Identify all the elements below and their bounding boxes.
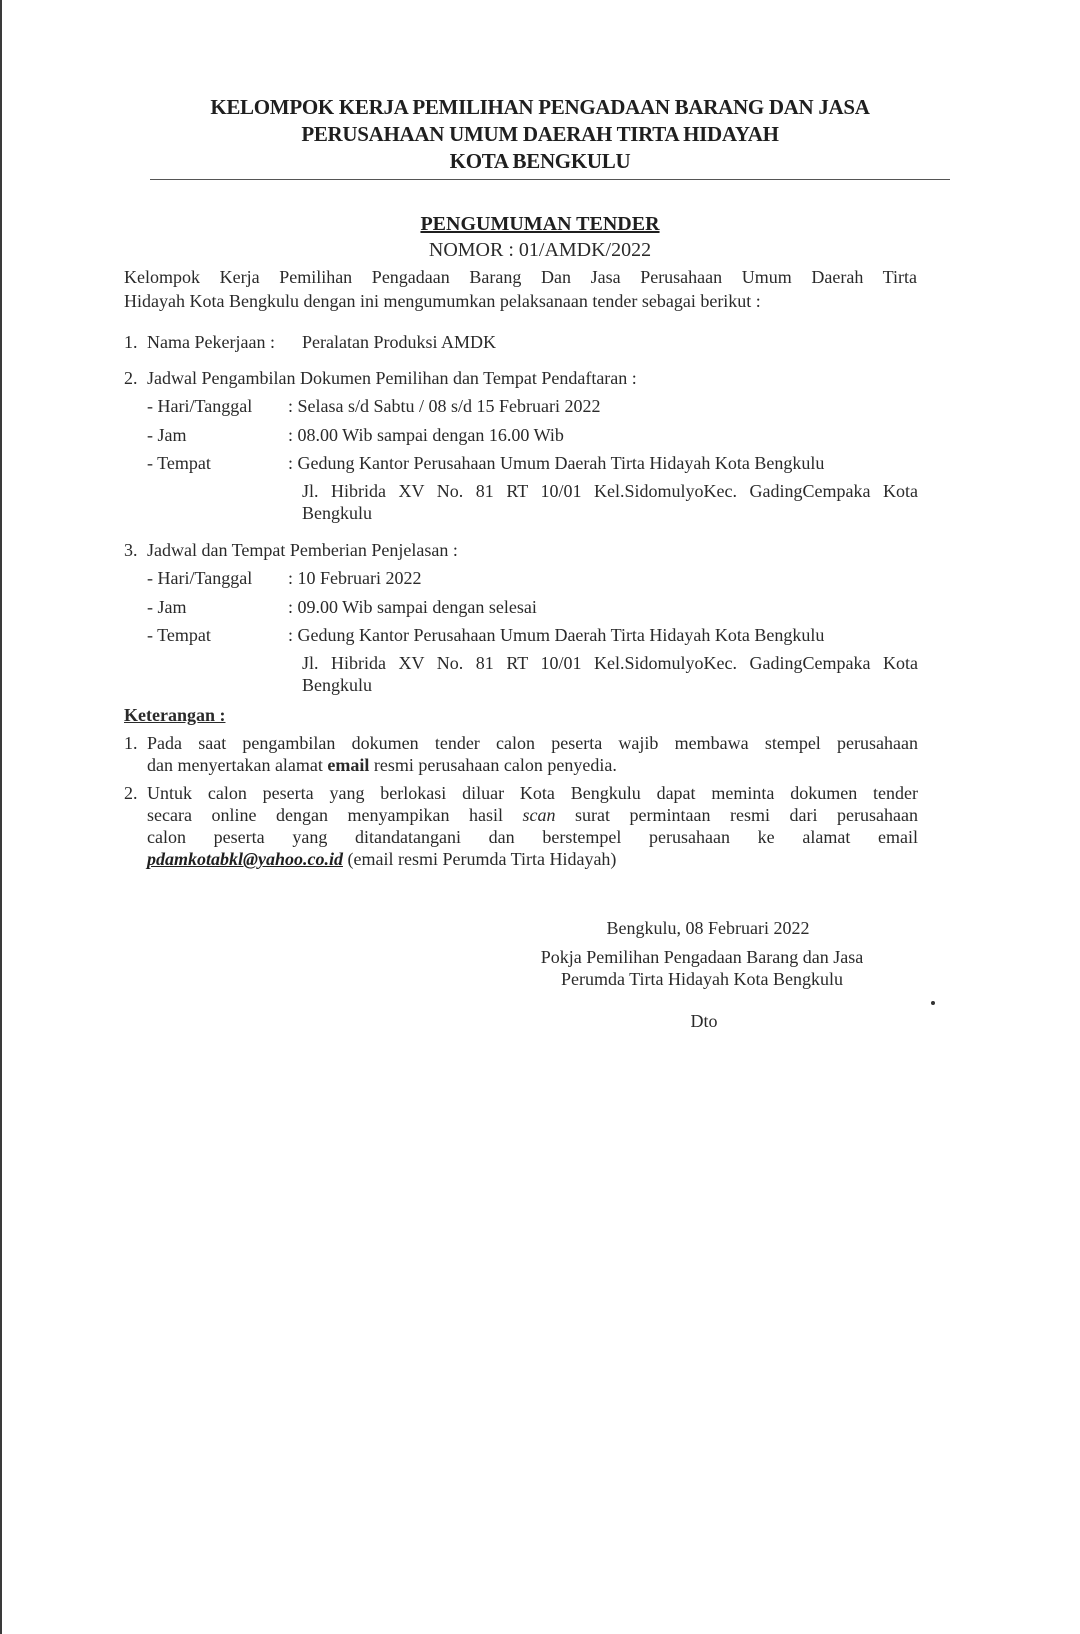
item-2-number: 2.: [124, 367, 138, 389]
letterhead-line-2: PERUSAHAAN UMUM DAERAH TIRTA HIDAYAH: [0, 121, 1080, 148]
item-2-date-label: - Hari/Tanggal: [147, 395, 252, 417]
item-2-place-value: : Gedung Kantor Perusahaan Umum Daerah T…: [288, 452, 824, 474]
note-2-line-1: Untuk calon peserta yang berlokasi dilua…: [147, 782, 918, 804]
signature-mark: Dto: [484, 1008, 924, 1034]
note-2-line-4: pdamkotabkl@yahoo.co.id (email resmi Per…: [147, 848, 616, 870]
intro-line-1: Kelompok Kerja Pemilihan Pengadaan Baran…: [124, 266, 917, 288]
announcement-title-block: PENGUMUMAN TENDER NOMOR : 01/AMDK/2022: [0, 211, 1080, 263]
intro-line-2: Hidayah Kota Bengkulu dengan ini mengumu…: [124, 290, 761, 312]
notes-heading: Keterangan :: [124, 704, 225, 726]
item-2-place-label: - Tempat: [147, 452, 211, 474]
note-2-number: 2.: [124, 782, 138, 804]
item-2-address-line-1: Jl. Hibrida XV No. 81 RT 10/01 Kel.Sidom…: [302, 480, 918, 502]
note-2-line-2-pre: secara online dengan menyampikan hasil: [147, 805, 523, 825]
note-1-line-2: dan menyertakan alamat email resmi perus…: [147, 754, 617, 776]
note-1-number: 1.: [124, 732, 138, 754]
document-page: KELOMPOK KERJA PEMILIHAN PENGADAAN BARAN…: [0, 0, 1080, 1634]
note-2-line-4-post: (email resmi Perumda Tirta Hidayah): [343, 849, 616, 869]
item-2-date-value: : Selasa s/d Sabtu / 08 s/d 15 Februari …: [288, 395, 600, 417]
item-3-date-label: - Hari/Tanggal: [147, 567, 252, 589]
letterhead-line-1: KELOMPOK KERJA PEMILIHAN PENGADAAN BARAN…: [0, 94, 1080, 121]
item-2-time-value: : 08.00 Wib sampai dengan 16.00 Wib: [288, 424, 564, 446]
announcement-number: NOMOR : 01/AMDK/2022: [0, 237, 1080, 263]
item-3-heading: Jadwal dan Tempat Pemberian Penjelasan :: [147, 539, 458, 561]
note-2-line-2: secara online dengan menyampikan hasil s…: [147, 804, 918, 826]
item-3-date-value: : 10 Februari 2022: [288, 567, 421, 589]
note-1-line-1: Pada saat pengambilan dokumen tender cal…: [147, 732, 918, 754]
note-2-scan-word: scan: [523, 805, 556, 825]
item-3-number: 3.: [124, 539, 138, 561]
note-1-line-2-post: resmi perusahaan calon penyedia.: [369, 755, 616, 775]
item-2-address-line-2: Bengkulu: [302, 502, 372, 524]
note-1-email-word: email: [327, 755, 369, 775]
item-3-place-value: : Gedung Kantor Perusahaan Umum Daerah T…: [288, 624, 824, 646]
email-link[interactable]: pdamkotabkl@yahoo.co.id: [147, 849, 343, 869]
item-3-address-line-1: Jl. Hibrida XV No. 81 RT 10/01 Kel.Sidom…: [302, 652, 918, 674]
letterhead-line-3: KOTA BENGKULU: [0, 148, 1080, 175]
item-3-address-line-2: Bengkulu: [302, 674, 372, 696]
note-2-line-2-post: surat permintaan resmi dari perusahaan: [556, 805, 919, 825]
item-2-time-label: - Jam: [147, 424, 187, 446]
item-1-label: Nama Pekerjaan :: [147, 331, 275, 353]
item-3-time-label: - Jam: [147, 596, 187, 618]
scan-speck: [931, 1001, 935, 1005]
item-3-place-label: - Tempat: [147, 624, 211, 646]
note-2-line-3: calon peserta yang ditandatangani dan be…: [147, 826, 918, 848]
signature-place-date: Bengkulu, 08 Februari 2022: [488, 915, 928, 941]
item-1-number: 1.: [124, 331, 138, 353]
note-1-line-2-pre: dan menyertakan alamat: [147, 755, 327, 775]
letterhead: KELOMPOK KERJA PEMILIHAN PENGADAAN BARAN…: [0, 94, 1080, 175]
item-3-time-value: : 09.00 Wib sampai dengan selesai: [288, 596, 537, 618]
signature-org-line-2: Perumda Tirta Hidayah Kota Bengkulu: [482, 966, 922, 992]
item-1-value: Peralatan Produksi AMDK: [302, 331, 496, 353]
letterhead-divider: [150, 179, 950, 180]
announcement-title: PENGUMUMAN TENDER: [0, 211, 1080, 237]
item-2-heading: Jadwal Pengambilan Dokumen Pemilihan dan…: [147, 367, 637, 389]
